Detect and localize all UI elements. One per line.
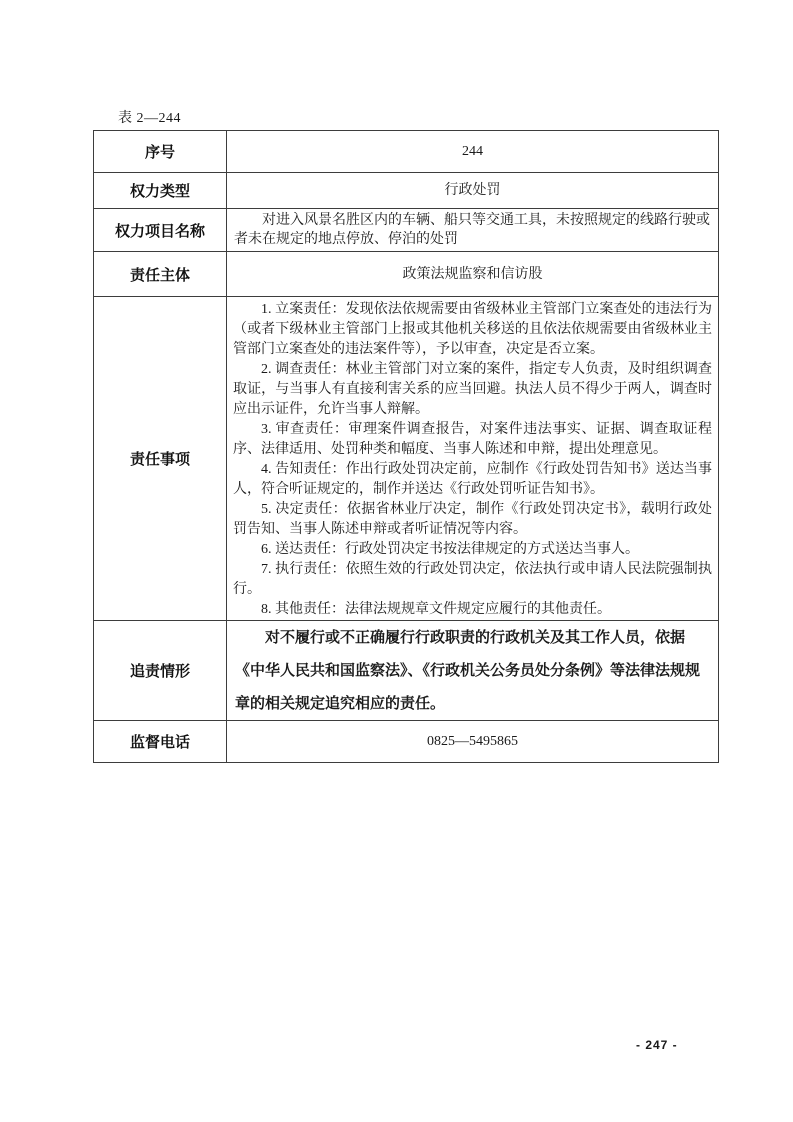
row-responsibility-items: 责任事项 1. 立案责任：发现依法依规需要由省级林业主管部门立案查处的违法行为（…	[94, 297, 719, 621]
row-supervision-phone: 监督电话 0825—5495865	[94, 721, 719, 763]
power-type-value: 行政处罚	[227, 173, 719, 209]
responsible-entity-value: 政策法规监察和信访股	[227, 252, 719, 297]
row-accountability-situations: 追责情形 对不履行或不正确履行行政职责的行政机关及其工作人员，依据《中华人民共和…	[94, 621, 719, 721]
responsibility-item-1: 1. 立案责任：发现依法依规需要由省级林业主管部门立案查处的违法行为（或者下级林…	[233, 300, 712, 360]
responsibility-items-label: 责任事项	[94, 297, 227, 621]
row-power-item-name: 权力项目名称 对进入风景名胜区内的车辆、船只等交通工具，未按照规定的线路行驶或者…	[94, 209, 719, 252]
power-item-name-label: 权力项目名称	[94, 209, 227, 252]
power-item-table: 序号 244 权力类型 行政处罚 权力项目名称 对进入风景名胜区内的车辆、船只等…	[93, 130, 719, 763]
responsibility-item-3: 3. 审查责任：审理案件调查报告，对案件违法事实、证据、调查取证程序、法律适用、…	[233, 420, 712, 460]
responsibility-items-value: 1. 立案责任：发现依法依规需要由省级林业主管部门立案查处的违法行为（或者下级林…	[227, 297, 719, 621]
responsibility-item-6: 6. 送达责任：行政处罚决定书按法律规定的方式送达当事人。	[233, 540, 712, 560]
page-number: - 247 -	[636, 1038, 678, 1052]
document-page: 表 2—244 序号 244 权力类型 行政处罚 权力项目名称 对进入风景名胜区…	[0, 0, 793, 1122]
row-serial-number: 序号 244	[94, 131, 719, 173]
serial-number-label: 序号	[94, 131, 227, 173]
power-type-label: 权力类型	[94, 173, 227, 209]
supervision-phone-label: 监督电话	[94, 721, 227, 763]
responsible-entity-label: 责任主体	[94, 252, 227, 297]
responsibility-item-2: 2. 调查责任：林业主管部门对立案的案件，指定专人负责，及时组织调查取证，与当事…	[233, 360, 712, 420]
supervision-phone-value: 0825—5495865	[227, 721, 719, 763]
table-caption: 表 2—244	[118, 107, 181, 127]
row-power-type: 权力类型 行政处罚	[94, 173, 719, 209]
accountability-value: 对不履行或不正确履行行政职责的行政机关及其工作人员，依据《中华人民共和国监察法》…	[227, 621, 719, 721]
responsibility-item-7: 7. 执行责任：依照生效的行政处罚决定，依法执行或申请人民法院强制执行。	[233, 560, 712, 600]
responsibility-item-8: 8. 其他责任：法律法规规章文件规定应履行的其他责任。	[233, 600, 712, 620]
row-responsible-entity: 责任主体 政策法规监察和信访股	[94, 252, 719, 297]
responsibility-item-5: 5. 决定责任：依据省林业厅决定，制作《行政处罚决定书》，载明行政处罚告知、当事…	[233, 500, 712, 540]
accountability-label: 追责情形	[94, 621, 227, 721]
responsibility-item-4: 4. 告知责任：作出行政处罚决定前，应制作《行政处罚告知书》送达当事人，符合听证…	[233, 460, 712, 500]
serial-number-value: 244	[227, 131, 719, 173]
power-item-name-value: 对进入风景名胜区内的车辆、船只等交通工具，未按照规定的线路行驶或者未在规定的地点…	[227, 209, 719, 252]
